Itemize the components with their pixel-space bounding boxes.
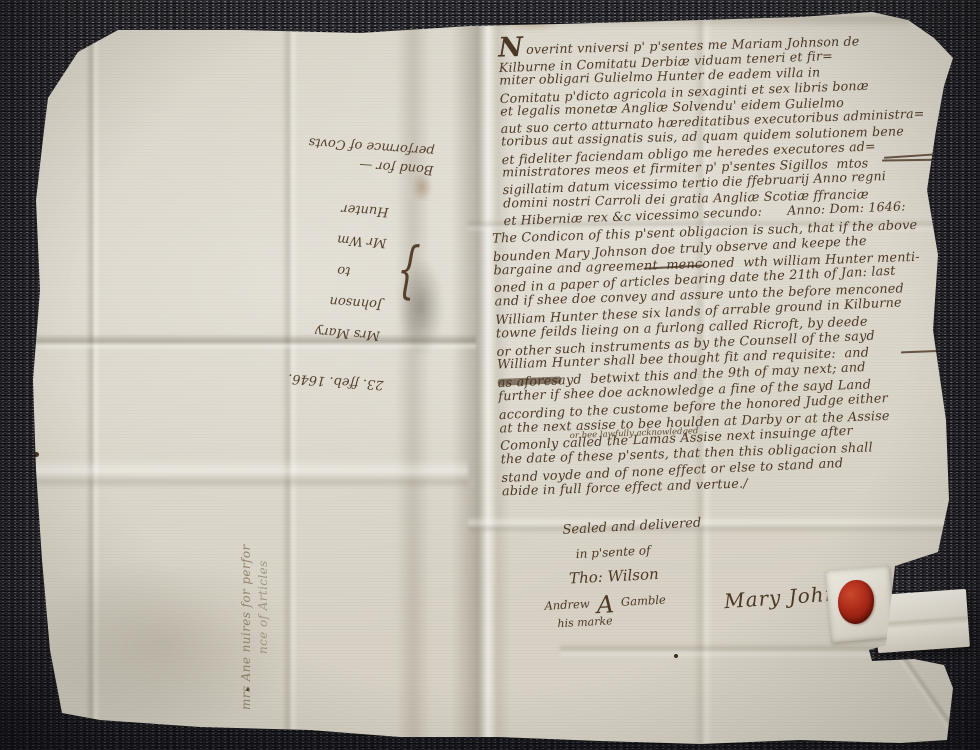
- party-connector: to: [285, 251, 352, 286]
- witness-first-name: Andrew: [544, 592, 590, 618]
- left-vertical-crease: [86, 0, 100, 750]
- archival-note-vertical: mrs Ane nuires for perfor nce of Article…: [238, 448, 280, 710]
- party-lines: Mrs Mary Johnson to Mr Wm Hunter: [281, 189, 390, 350]
- witness-mark-letter: A: [596, 594, 614, 615]
- attestation-block: Sealed and delivered in p'sente of Tho: …: [540, 511, 716, 632]
- flourished-initial: N: [498, 39, 523, 58]
- document-paper: Noverint vniversi p' p'sentes me Mariam …: [0, 0, 980, 750]
- endorsement-title: Bond for — performce of Covts: [307, 132, 436, 179]
- endorsement-parties: } Mrs Mary Johnson to Mr Wm Hunter: [281, 189, 433, 354]
- latin-obligation-text: Noverint vniversi p' p'sentes me Mariam …: [498, 27, 960, 227]
- endorsement-date: 23. ffeb. 1646.: [288, 370, 384, 392]
- photo-of-1646-bond-document: Noverint vniversi p' p'sentes me Mariam …: [0, 0, 980, 750]
- archival-note-line: mrs Ane nuires for perfor: [238, 448, 255, 710]
- archival-note-line: nce of Articles: [255, 448, 272, 654]
- ink-dot: [674, 654, 678, 658]
- witness-last-name: Gamble: [620, 588, 666, 614]
- party-from: Mrs Mary Johnson: [281, 282, 384, 351]
- endorsement-block: 23. ffeb. 1646. } Mrs Mary Johnson to Mr…: [277, 137, 436, 398]
- condition-clause-text: The Condicon of this p'sent obligacion i…: [492, 215, 964, 501]
- party-to: Mr Wm Hunter: [287, 189, 390, 258]
- brace-mark: }: [395, 238, 422, 312]
